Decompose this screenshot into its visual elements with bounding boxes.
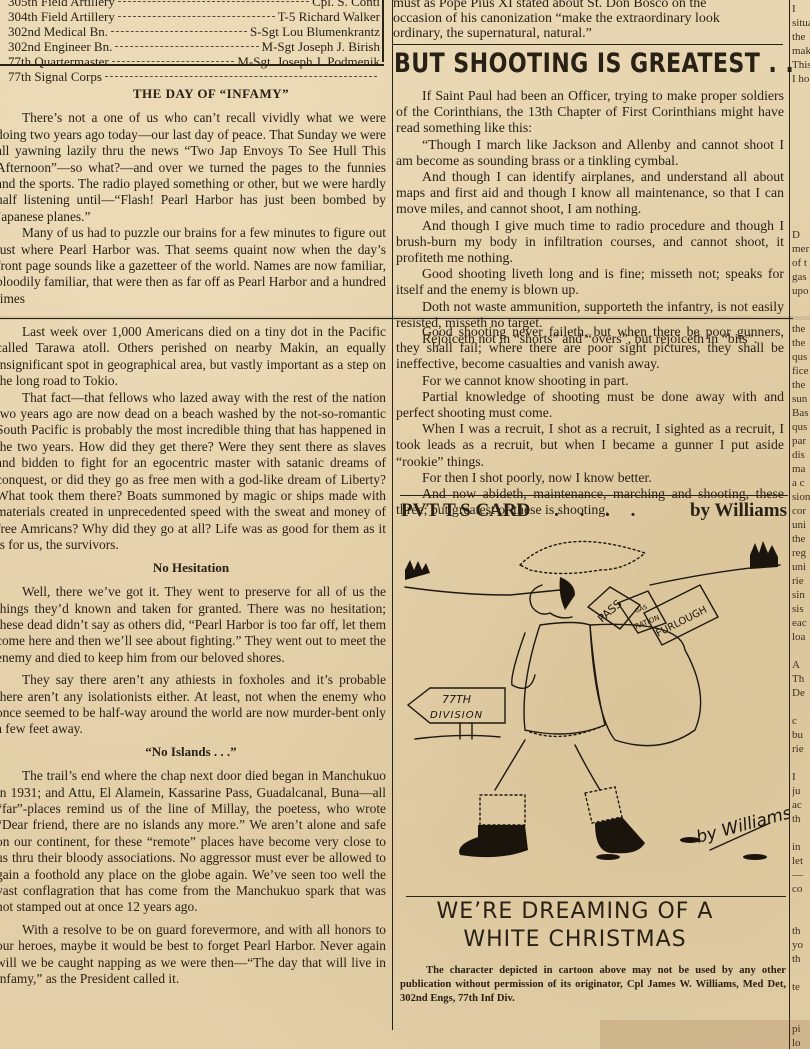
- divider-rule: [0, 64, 384, 66]
- edge-line: the: [792, 322, 810, 336]
- subhead-no-hesitation: No Hesitation: [0, 560, 386, 576]
- edge-line: th: [792, 952, 810, 966]
- staff-row: 304th Field ArtilleryT-5 Richard Walker: [8, 9, 380, 24]
- cartoon-byline: by Williams: [690, 500, 787, 522]
- cartoon-title: PVT T S CARD . . . .: [401, 500, 643, 522]
- continued-article-snippet: must as Pope Pius XI stated about St. Do…: [393, 0, 783, 41]
- edge-line: Bas: [792, 406, 810, 420]
- edge-line: th: [792, 812, 810, 826]
- boot-left-icon: [459, 825, 528, 857]
- headline-shooting: BUT SHOOTING IS GREATEST . .: [394, 48, 794, 79]
- edge-line: [792, 910, 810, 924]
- edge-line: A: [792, 658, 810, 672]
- box-border: [382, 0, 384, 62]
- edge-line: te: [792, 980, 810, 994]
- edge-line: [792, 826, 810, 840]
- edge-line: De: [792, 686, 810, 700]
- edge-line: —: [792, 868, 810, 882]
- edge-line: sion: [792, 490, 810, 504]
- edge-line: sis: [792, 602, 810, 616]
- staff-row: 77th QuartermasterM-Sgt. Joseph J. Podme…: [8, 54, 380, 69]
- article-shooting-body: If Saint Paul had been an Officer, tryin…: [396, 88, 784, 347]
- edge-line: rie: [792, 742, 810, 756]
- edge-line: the: [792, 378, 810, 392]
- edge-line: [792, 756, 810, 770]
- leader-dots: [111, 31, 247, 32]
- edge-line: qus: [792, 350, 810, 364]
- staff-list: 305th Field ArtilleryCpl. S. Conti 304th…: [8, 0, 380, 84]
- divider-rule: [406, 896, 786, 897]
- edge-line: co: [792, 882, 810, 896]
- edge-line: rie: [792, 574, 810, 588]
- subhead-no-islands: “No Islands . . .”: [0, 744, 386, 760]
- sack: [590, 624, 701, 745]
- article-day-of-infamy-cont: Last week over 1,000 Americans died on a…: [0, 324, 386, 987]
- leader-dots: [105, 76, 377, 77]
- column-rule: [789, 0, 790, 1049]
- artist-signature: by Williams: [694, 803, 790, 848]
- trees-left-icon: [405, 560, 430, 580]
- edge-line: [792, 644, 810, 658]
- boot-right-icon: [595, 817, 645, 853]
- article-title: THE DAY OF “INFAMY”: [36, 86, 386, 102]
- cartoon-caption: WE’RE DREAMING OF A WHITE CHRISTMAS: [400, 898, 750, 954]
- edge-line: yo: [792, 938, 810, 952]
- article-day-of-infamy: THE DAY OF “INFAMY” There’s not a one of…: [0, 86, 386, 307]
- edge-line: I: [792, 770, 810, 784]
- leader-dots: [118, 16, 275, 17]
- edge-line: fice: [792, 364, 810, 378]
- santa-hat: [520, 541, 645, 573]
- edge-line: uni: [792, 560, 810, 574]
- edge-line: the: [792, 532, 810, 546]
- staff-row: 302nd Engineer Bn.M-Sgt Joseph J. Birish: [8, 39, 380, 54]
- edge-line: loa: [792, 630, 810, 644]
- staff-row: 77th Signal Corps: [8, 69, 380, 84]
- edge-line: bu: [792, 728, 810, 742]
- cartoon-copyright-note: The character depicted in cartoon above …: [400, 964, 786, 1006]
- paper-tear: [600, 1020, 810, 1049]
- hair-shadow: [560, 577, 575, 610]
- edge-line: sun: [792, 392, 810, 406]
- staff-row: 305th Field ArtilleryCpl. S. Conti: [8, 0, 380, 9]
- edge-line: par: [792, 434, 810, 448]
- edge-line: uni: [792, 518, 810, 532]
- leader-dots: [118, 1, 309, 2]
- edge-line: ac: [792, 798, 810, 812]
- edge-line: sin: [792, 588, 810, 602]
- edge-column-mid: D mer of t gas upo: [792, 228, 810, 298]
- edge-line: th: [792, 924, 810, 938]
- edge-column-low: thethequsficethesunBasquspardismaa csion…: [792, 322, 810, 1049]
- edge-line: [792, 896, 810, 910]
- fold-shadow: [0, 316, 810, 320]
- divider-rule: [393, 44, 783, 45]
- edge-line: [792, 966, 810, 980]
- edge-line: [792, 994, 810, 1008]
- edge-line: a c: [792, 476, 810, 490]
- column-rule: [392, 0, 393, 1030]
- edge-line: qus: [792, 420, 810, 434]
- staff-row: 302nd Medical Bn.S-Sgt Lou Blumenkrantz: [8, 24, 380, 39]
- edge-line: the: [792, 336, 810, 350]
- edge-line: Th: [792, 672, 810, 686]
- leader-dots: [115, 46, 258, 47]
- svg-text:77TH: 77TH: [442, 693, 471, 706]
- svg-text:DIVISION: DIVISION: [430, 710, 483, 721]
- edge-column-top: I situa the mak This I ho: [792, 2, 810, 86]
- edge-line: cor: [792, 504, 810, 518]
- edge-line: eac: [792, 616, 810, 630]
- edge-line: reg: [792, 546, 810, 560]
- edge-line: let: [792, 854, 810, 868]
- edge-line: c: [792, 714, 810, 728]
- cartoon-illustration: 77TH DIVISION PASS GAS RATION FURLOUGH b…: [400, 525, 790, 895]
- leader-dots: [112, 61, 235, 62]
- cartoon-title-bar: PVT T S CARD . . . . by Williams: [401, 500, 787, 522]
- trees-right-icon: [750, 541, 778, 569]
- edge-line: dis: [792, 448, 810, 462]
- edge-line: ma: [792, 462, 810, 476]
- coat: [524, 623, 605, 735]
- edge-line: ju: [792, 784, 810, 798]
- svg-text:GAS: GAS: [634, 604, 648, 615]
- edge-line: [792, 700, 810, 714]
- divider-rule: [400, 495, 788, 496]
- edge-line: in: [792, 840, 810, 854]
- hill-left-line: [405, 587, 570, 595]
- svg-text:PASS: PASS: [595, 597, 624, 625]
- article-shooting-cont: Good shooting never faileth, but when th…: [396, 324, 784, 518]
